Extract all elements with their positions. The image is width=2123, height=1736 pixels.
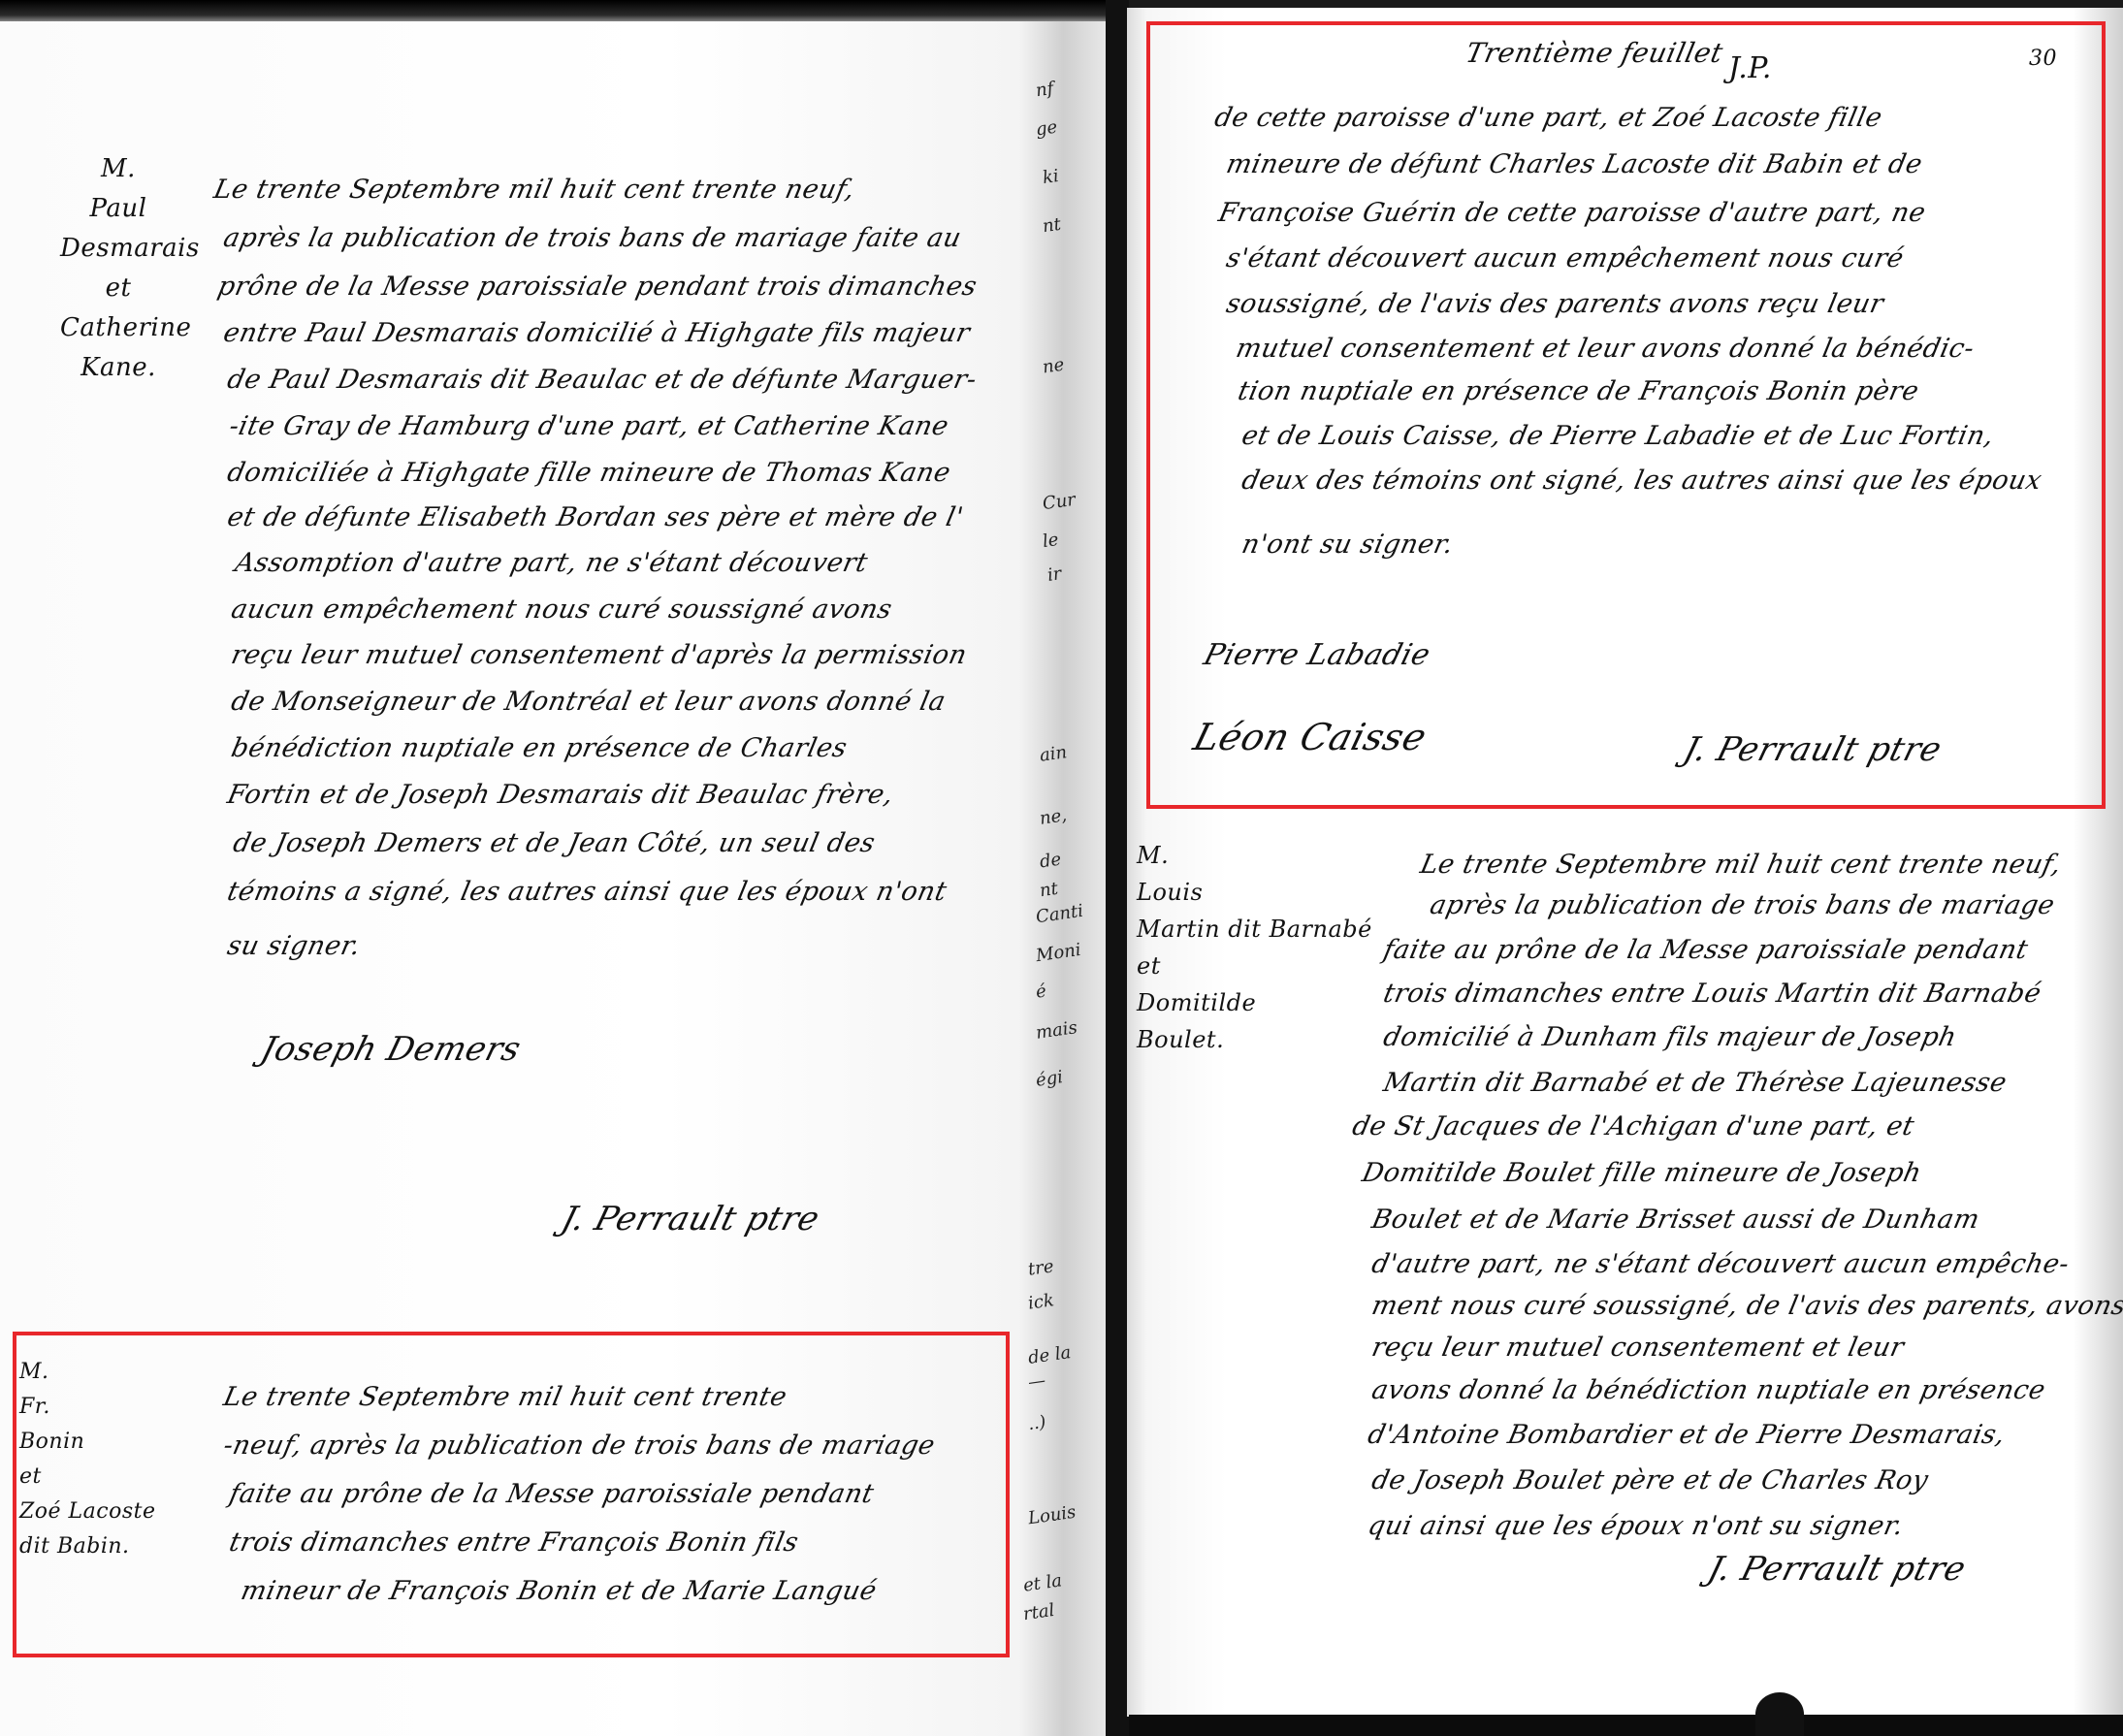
gutter-fragment: Louis	[1027, 1502, 1078, 1529]
entry-line: de Joseph Boulet père et de Charles Roy	[1369, 1467, 1931, 1494]
entry-line: Fortin et de Joseph Desmarais dit Beaula…	[225, 782, 896, 808]
entry-line: Assomption d'autre part, ne s'étant déco…	[233, 550, 870, 576]
entry-line: Martin dit Barnabé et de Thérèse Lajeune…	[1381, 1070, 2010, 1096]
signature-witness: Pierre Labadie	[1200, 638, 1433, 672]
gutter-fragment: ne	[1042, 355, 1066, 378]
entry-line: tion nuptiale en présence de François Bo…	[1236, 378, 1921, 404]
margin-line: Louis	[1137, 874, 1350, 911]
entry-line: bénédiction nuptiale en présence de Char…	[229, 735, 850, 761]
margin-line: et	[19, 1460, 136, 1495]
margin-line: Zoé Lacoste	[19, 1495, 136, 1529]
entry-line: Boulet et de Marie Brisset aussi de Dunh…	[1369, 1206, 1982, 1233]
gutter-fragment: ain	[1039, 742, 1069, 766]
entry-line: deux des témoins ont signé, les autres a…	[1239, 467, 2044, 494]
entry-line: qui ainsi que les époux n'ont su signer.	[1366, 1513, 1906, 1539]
entry-line: après la publication de trois bans de ma…	[221, 225, 964, 251]
entry-line: Françoise Guérin de cette paroisse d'aut…	[1216, 200, 1928, 226]
entry-line: n'ont su signer.	[1239, 531, 1456, 558]
gutter-fragment: nt	[1042, 214, 1063, 237]
entry-line: avons donné la bénédiction nuptiale en p…	[1369, 1377, 2048, 1403]
left-page: M. Paul Desmarais et Catherine Kane. Le …	[0, 21, 1108, 1736]
gutter-fragment: de	[1039, 850, 1063, 873]
entry-line: aucun empêchement nous curé soussigné av…	[229, 596, 894, 623]
entry-line: et de Louis Caisse, de Pierre Labadie et…	[1239, 423, 1996, 449]
gutter-fragment: —	[1027, 1370, 1047, 1393]
gutter-fragment: Canti	[1035, 901, 1085, 928]
entry-line: d'autre part, ne s'étant découvert aucun…	[1369, 1251, 2072, 1277]
entry-line: de cette paroisse d'une part, et Zoé Lac…	[1212, 105, 1884, 131]
book-bottom-edge-shadow	[1129, 1715, 2123, 1736]
entry-line: de Paul Desmarais dit Beaulac et de défu…	[225, 367, 980, 393]
entry-line: Le trente Septembre mil huit cent trente…	[211, 177, 857, 203]
gutter-fragment: Cur	[1042, 490, 1078, 515]
margin-line: Domitilde	[1137, 984, 1350, 1021]
entry-line: entre Paul Desmarais domicilié à Highgat…	[221, 320, 973, 346]
entry-line: Le trente Septembre mil huit cent trente	[221, 1384, 789, 1410]
entry-line: reçu leur mutuel consentement d'après la…	[229, 642, 969, 668]
margin-line: M.	[1137, 837, 1350, 874]
entry-line: après la publication de trois bans de ma…	[1428, 892, 2057, 918]
entry-line: de Joseph Demers et de Jean Côté, un seu…	[231, 830, 878, 856]
margin-line: Catherine	[60, 308, 177, 348]
entry-line: de Monseigneur de Montréal et leur avons…	[229, 689, 949, 715]
entry-line: Domitilde Boulet fille mineure de Joseph	[1360, 1160, 1924, 1186]
gutter-fragment: égi	[1035, 1067, 1065, 1091]
entry-line: -neuf, après la publication de trois ban…	[221, 1432, 938, 1459]
entry-line: su signer.	[225, 933, 363, 959]
margin-line: M.	[19, 1355, 136, 1390]
margin-line: M.	[60, 149, 177, 189]
gutter-fragment: ..)	[1027, 1412, 1047, 1434]
gutter-fragment: Moni	[1035, 940, 1082, 966]
gutter-fragment: é	[1035, 981, 1047, 1002]
margin-line: Desmarais	[60, 229, 177, 269]
signature-witness: Joseph Demers	[257, 1030, 526, 1069]
page-number: 30	[2029, 47, 2057, 71]
margin-line: et	[60, 269, 177, 308]
margin-line: dit Babin.	[19, 1529, 136, 1564]
right-page: Trentième feuillet J.P. 30 de cette paro…	[1127, 8, 2123, 1717]
entry-line: de St Jacques de l'Achigan d'une part, e…	[1350, 1113, 1916, 1140]
entry-line: faite au prône de la Messe paroissiale p…	[1381, 937, 2030, 963]
entry-line: reçu leur mutuel consentement et leur	[1369, 1334, 1907, 1361]
book-gutter	[1106, 0, 1129, 1736]
margin-line: Kane.	[60, 348, 177, 388]
gutter-fragment: mais	[1035, 1017, 1078, 1044]
signature-witness: Léon Caisse	[1189, 716, 1431, 758]
entry-line: témoins a signé, les autres ainsi que le…	[225, 879, 949, 905]
entry-line: mineur de François Bonin et de Marie Lan…	[239, 1578, 879, 1604]
signature-priest: J. Perrault ptre	[1704, 1550, 1971, 1589]
margin-line: Boulet.	[1137, 1021, 1350, 1058]
entry-line: mineure de défunt Charles Lacoste dit Ba…	[1224, 151, 1925, 177]
gutter-fragment: ge	[1035, 117, 1059, 141]
entry-line: domicilié à Dunham fils majeur de Joseph	[1381, 1024, 1959, 1050]
gutter-fragment: ne,	[1039, 805, 1069, 829]
gutter-fragment: le	[1042, 530, 1060, 552]
margin-line: Martin dit Barnabé	[1137, 911, 1350, 948]
entry-2-margin-note: M. Fr. Bonin et Zoé Lacoste dit Babin.	[19, 1355, 136, 1564]
gutter-fragment: nf	[1035, 79, 1055, 101]
entry-line: -ite Gray de Hamburg d'une part, et Cath…	[227, 413, 951, 439]
margin-line: Bonin	[19, 1425, 136, 1460]
gutter-fragment: rtal	[1022, 1600, 1056, 1624]
signature-priest: J. Perrault ptre	[558, 1200, 824, 1238]
entry-line: et de défunte Elisabeth Bordan ses père …	[225, 504, 966, 530]
entry-line: ment nous curé soussigné, de l'avis des …	[1369, 1293, 2123, 1319]
entry-line: soussigné, de l'avis des parents avons r…	[1224, 291, 1886, 317]
gutter-fragment: ki	[1042, 166, 1060, 188]
entry-line: trois dimanches entre Louis Martin dit B…	[1381, 981, 2043, 1007]
scanner-thumb-shadow	[1755, 1692, 1804, 1736]
entry-line: prône de la Messe paroissiale pendant tr…	[215, 273, 980, 300]
gutter-fragment: de la	[1027, 1342, 1073, 1368]
gutter-fragment: tre	[1027, 1256, 1055, 1279]
entry-line: d'Antoine Bombardier et de Pierre Desmar…	[1366, 1422, 2008, 1448]
margin-line: Fr.	[19, 1390, 136, 1425]
entry-line: Le trente Septembre mil huit cent trente…	[1418, 852, 2064, 878]
gutter-fragment: nt	[1039, 879, 1060, 901]
entry-line: trois dimanches entre François Bonin fil…	[227, 1529, 801, 1556]
entry-line: domiciliée à Highgate fille mineure de T…	[225, 460, 953, 486]
entry-line: faite au prône de la Messe paroissiale p…	[227, 1481, 876, 1507]
entry-1-margin-note: M. Paul Desmarais et Catherine Kane.	[60, 149, 177, 388]
gutter-fragment: et la	[1022, 1570, 1064, 1595]
entry-line: s'étant découvert aucun empêchement nous…	[1224, 245, 1906, 272]
margin-line: Paul	[60, 189, 177, 229]
folio-initials: J.P.	[1728, 51, 1772, 85]
folio-title: Trentième feuillet	[1463, 37, 1725, 69]
entry-line: mutuel consentement et leur avons donné …	[1234, 336, 1977, 362]
gutter-fragment: ick	[1027, 1290, 1055, 1314]
margin-line: et	[1137, 948, 1350, 984]
gutter-fragment: ir	[1046, 563, 1063, 586]
entry-3-margin-note: M. Louis Martin dit Barnabé et Domitilde…	[1137, 837, 1350, 1058]
signature-priest: J. Perrault ptre	[1680, 730, 1946, 769]
